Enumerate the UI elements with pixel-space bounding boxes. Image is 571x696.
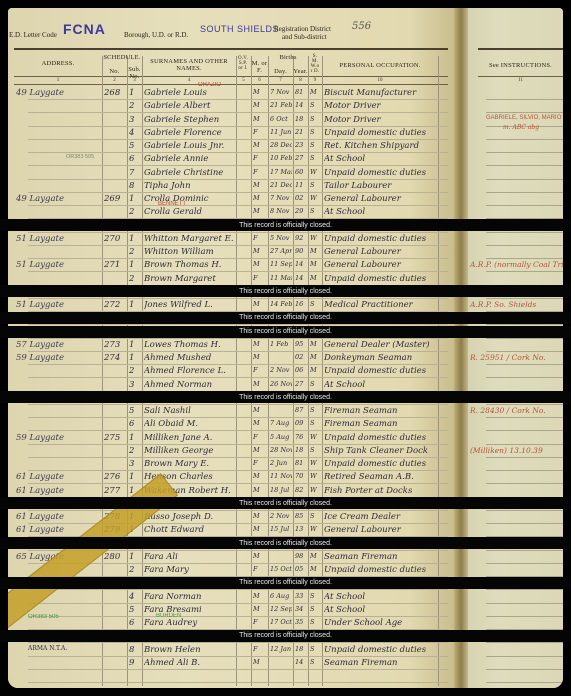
- entry-status: W: [310, 194, 321, 202]
- entry-schedule: 273: [104, 340, 126, 350]
- row-rule: [28, 377, 448, 378]
- gabriele-closed-note: GABRIELE, SILVIO, MARIO: [486, 115, 561, 121]
- entry-sex: F: [253, 366, 267, 374]
- entry-sex: M: [253, 194, 267, 202]
- entry-day: 11 Mar: [270, 274, 292, 282]
- entry-name: Milliken Jane A.: [144, 433, 235, 443]
- row-rule: [28, 589, 448, 590]
- entry-day: 15 Jul: [270, 525, 292, 533]
- entry-status: S: [310, 128, 321, 136]
- entry-occupation: General Dealer (Master): [324, 340, 437, 350]
- borough-label: Borough, U.D. or R.D.: [124, 31, 188, 39]
- row-rule: [486, 589, 563, 590]
- row-rule: [486, 483, 563, 484]
- row-rule: [28, 245, 448, 246]
- entry-name: Russo Joseph D.: [144, 512, 235, 522]
- row-rule: [28, 258, 448, 259]
- entry-status: S: [310, 446, 321, 454]
- entry-day: 2 Nov: [270, 512, 292, 520]
- row-rule: [28, 417, 448, 418]
- row-rule: [28, 444, 448, 445]
- entry-day: 11 Jun: [270, 128, 292, 136]
- entry-year: 70: [295, 472, 307, 480]
- entry-name: Whitton Margaret E.: [144, 234, 235, 244]
- entry-name: Brown Mary E.: [144, 459, 235, 469]
- column-number: 7: [268, 78, 293, 83]
- orazio-annotation: ORAZIO: [198, 82, 221, 88]
- entry-name: Gabriele Stephen: [144, 115, 235, 125]
- entry-day: 14 Feb: [270, 300, 292, 308]
- entry-occupation: General Labourer: [324, 247, 437, 257]
- entry-year: 23: [295, 141, 307, 149]
- entry-sub: 1: [129, 194, 141, 204]
- entry-status: S: [310, 512, 321, 520]
- record-closed-banner: This record is officially closed.: [0, 537, 571, 549]
- row-rule: [28, 457, 448, 458]
- column-number: 9: [308, 78, 322, 83]
- entry-schedule: 274: [104, 353, 126, 363]
- entry-name: Gabriele Louis Jnr.: [144, 141, 235, 151]
- registration-label: Registration District: [274, 25, 331, 33]
- bottom-reference-code: ARMA N.T.A.: [28, 645, 67, 652]
- column-divider: [308, 56, 309, 686]
- row-rule: [486, 682, 563, 683]
- entry-occupation: Fish Porter at Docks: [324, 486, 437, 496]
- entry-sub: 1: [129, 353, 141, 363]
- row-rule: [486, 616, 563, 617]
- entry-name: Fara Mary: [144, 565, 235, 575]
- entry-occupation: Unpaid domestic duties: [324, 168, 437, 178]
- entry-year: 09: [295, 419, 307, 427]
- row-rule: [486, 669, 563, 670]
- entry-sub: 2: [129, 247, 141, 257]
- entry-sex: M: [253, 605, 267, 613]
- schedule-group-header: SCHEDULE.: [102, 54, 142, 61]
- row-rule: [28, 656, 448, 657]
- entry-year: 35: [295, 618, 307, 626]
- entry-name: Crolla Gerald: [144, 207, 235, 217]
- entry-occupation: Fireman Seaman: [324, 406, 437, 416]
- entry-day: 18 Jul: [270, 486, 292, 494]
- row-rule: [486, 298, 563, 299]
- entry-status: M: [310, 366, 321, 374]
- row-rule: [28, 603, 448, 604]
- column-number: 2: [102, 78, 127, 83]
- entry-occupation: Tailor Labourer: [324, 181, 437, 191]
- colhead-rule: [14, 76, 448, 77]
- entry-year: 06: [295, 366, 307, 374]
- entry-status: S: [310, 645, 321, 653]
- entry-status: S: [310, 207, 321, 215]
- entry-status: W: [310, 525, 321, 533]
- entry-occupation: Under School Age: [324, 618, 437, 628]
- entry-sub: 1: [129, 300, 141, 310]
- green-reference-code: OR383 505: [28, 614, 59, 620]
- entry-year: 90: [295, 247, 307, 255]
- entry-sex: F: [253, 168, 267, 176]
- column-header: See INSTRUCTIONS.: [478, 62, 563, 69]
- entry-day: 5 Nov: [270, 234, 292, 242]
- gabriele-note-sub: m. ABC abg: [503, 124, 539, 131]
- row-rule: [486, 258, 563, 259]
- row-rule: [486, 351, 563, 352]
- entry-sub: 6: [129, 618, 141, 628]
- row-rule: [486, 112, 563, 113]
- entry-sub: 1: [129, 472, 141, 482]
- entry-day: 12 Sep: [270, 605, 292, 613]
- column-header: PERSONAL OCCUPATION.: [322, 62, 438, 69]
- row-rule: [28, 112, 448, 113]
- entry-day: 1 Feb: [270, 340, 292, 348]
- record-closed-banner: This record is officially closed.: [0, 219, 571, 231]
- entry-day: 15 Oct: [270, 565, 292, 573]
- row-rule: [28, 165, 448, 166]
- row-rule: [28, 271, 448, 272]
- entry-status: M: [310, 340, 321, 348]
- entry-name: Fara Ali: [144, 552, 235, 562]
- entry-sub: 6: [129, 154, 141, 164]
- column-header: S.M.W.or D.: [310, 54, 320, 74]
- row-rule: [28, 523, 448, 524]
- entry-sex: M: [253, 260, 267, 268]
- entry-sub: 3: [129, 115, 141, 125]
- entry-status: S: [310, 141, 321, 149]
- column-divider: [251, 56, 252, 686]
- entry-sub: 3: [129, 380, 141, 390]
- entry-year: 98: [295, 552, 307, 560]
- entry-sex: M: [253, 446, 267, 454]
- entry-occupation: At School: [324, 207, 437, 217]
- entry-sub: 9: [129, 658, 141, 668]
- entry-year: 81: [295, 88, 307, 96]
- entry-sex: M: [253, 353, 267, 361]
- column-divider: [142, 56, 143, 686]
- entry-occupation: Unpaid domestic duties: [324, 565, 437, 575]
- entry-sex: F: [253, 618, 267, 626]
- entry-name: Gabriele Albert: [144, 101, 235, 111]
- column-number: 3: [127, 78, 142, 83]
- row-rule: [28, 616, 448, 617]
- entry-name: Brown Helen: [144, 645, 235, 655]
- entry-year: 34: [295, 605, 307, 613]
- entry-status: S: [310, 300, 321, 308]
- entry-status: W: [310, 433, 321, 441]
- entry-address: 59 Laygate: [16, 353, 101, 363]
- entry-schedule: 269: [104, 194, 126, 204]
- entry-sub: 6: [129, 419, 141, 429]
- entry-sex: F: [253, 433, 267, 441]
- entry-sub: 1: [129, 260, 141, 270]
- entry-occupation: General Labourer: [324, 194, 437, 204]
- entry-status: M: [310, 552, 321, 560]
- entry-day: 21 Feb: [270, 101, 292, 109]
- entry-sex: M: [253, 115, 267, 123]
- row-rule: [486, 179, 563, 180]
- row-rule: [486, 404, 563, 405]
- row-rule: [486, 152, 563, 153]
- entry-address: 61 Laygate: [16, 486, 101, 496]
- row-rule: [486, 523, 563, 524]
- row-rule: [28, 430, 448, 431]
- entry-status: S: [310, 380, 321, 388]
- entry-day: 7 Nov: [270, 194, 292, 202]
- burden-annotation: BURDEN: [156, 613, 181, 619]
- entry-sub: 1: [129, 433, 141, 443]
- milliken-date-note: (Milliken) 13.10.39: [470, 446, 543, 455]
- row-rule: [28, 364, 448, 365]
- entry-day: 21 Dec: [270, 181, 292, 189]
- column-divider: [268, 56, 269, 686]
- entry-status: S: [310, 618, 321, 626]
- row-rule: [28, 404, 448, 405]
- row-rule: [486, 563, 563, 564]
- entry-year: 16: [295, 300, 307, 308]
- births-group-header: Births: [268, 54, 308, 61]
- entry-status: S: [310, 605, 321, 613]
- column-divider: [102, 56, 103, 686]
- entry-sex: F: [253, 234, 267, 242]
- entry-year: 81: [295, 459, 307, 467]
- column-header: Day.: [268, 68, 293, 75]
- scan-border: [0, 0, 571, 8]
- entry-name: Chott Edward: [144, 525, 235, 535]
- entry-sex: M: [253, 340, 267, 348]
- entry-status: S: [310, 592, 321, 600]
- entry-sex: F: [253, 154, 267, 162]
- row-rule: [28, 470, 448, 471]
- entry-address: 59 Laygate: [16, 433, 101, 443]
- column-number: 5: [236, 78, 251, 83]
- entry-year: 14: [295, 274, 307, 282]
- row-rule: [28, 669, 448, 670]
- entry-sub: 2: [129, 101, 141, 111]
- entry-occupation: General Labourer: [324, 525, 437, 535]
- crolla-annotation: BENNETT: [158, 201, 186, 207]
- row-rule: [486, 603, 563, 604]
- entry-sub: 7: [129, 168, 141, 178]
- entry-sex: M: [253, 300, 267, 308]
- row-rule: [486, 510, 563, 511]
- entry-name: Milliken George: [144, 446, 235, 456]
- entry-occupation: Seaman Fireman: [324, 658, 437, 668]
- entry-occupation: At School: [324, 380, 437, 390]
- column-number: 11: [478, 78, 563, 83]
- entry-sex: M: [253, 406, 267, 414]
- entry-sub: 5: [129, 406, 141, 416]
- entry-sub: 5: [129, 141, 141, 151]
- entry-year: 18: [295, 115, 307, 123]
- row-rule: [28, 205, 448, 206]
- entry-occupation: Biscuit Manufacturer: [324, 88, 437, 98]
- row-rule: [486, 205, 563, 206]
- entry-status: S: [310, 154, 321, 162]
- row-rule: [28, 298, 448, 299]
- entry-address: 57 Laygate: [16, 340, 101, 350]
- column-number: 6: [251, 78, 268, 83]
- entry-schedule: 276: [104, 472, 126, 482]
- entry-occupation: Ship Tank Cleaner Dock: [324, 446, 437, 456]
- entry-year: 85: [295, 512, 307, 520]
- entry-day: 28 Dec: [270, 141, 292, 149]
- entry-status: S: [310, 115, 321, 123]
- entry-sex: M: [253, 658, 267, 666]
- entry-status: S: [310, 101, 321, 109]
- registration-value: 556: [352, 21, 371, 32]
- row-rule: [486, 271, 563, 272]
- entry-year: 29: [295, 207, 307, 215]
- row-rule: [486, 192, 563, 193]
- entry-status: W: [310, 168, 321, 176]
- entry-sex: M: [253, 380, 267, 388]
- row-rule: [486, 245, 563, 246]
- entry-name: Fara Norman: [144, 592, 235, 602]
- entry-address: 51 Laygate: [16, 300, 101, 310]
- entry-year: 21: [295, 128, 307, 136]
- entry-day: 6 Oct: [270, 115, 292, 123]
- entry-occupation: Ret. Kitchen Shipyard: [324, 141, 437, 151]
- entry-schedule: 275: [104, 433, 126, 443]
- entry-name: Ali Obaid M.: [144, 419, 235, 429]
- entry-year: 82: [295, 486, 307, 494]
- row-rule: [486, 165, 563, 166]
- entry-day: 12 Jan: [270, 645, 292, 653]
- entry-occupation: Unpaid domestic duties: [324, 128, 437, 138]
- column-divider: [127, 56, 128, 686]
- entry-sex: M: [253, 472, 267, 480]
- entry-schedule: 272: [104, 300, 126, 310]
- entry-occupation: Unpaid domestic duties: [324, 459, 437, 469]
- entry-name: Gabriele Florence: [144, 128, 235, 138]
- entry-name: Gabriele Christine: [144, 168, 235, 178]
- row-rule: [28, 351, 448, 352]
- entry-day: 17 Mar: [270, 168, 292, 176]
- row-rule: [486, 377, 563, 378]
- column-header: No.: [102, 68, 127, 75]
- entry-sex: M: [253, 88, 267, 96]
- entry-year: 14: [295, 101, 307, 109]
- entry-sub: 1: [129, 234, 141, 244]
- entry-sub: 2: [129, 565, 141, 575]
- entry-status: W: [310, 472, 321, 480]
- column-divider: [322, 56, 323, 686]
- entry-occupation: At School: [324, 605, 437, 615]
- entry-day: 10 Feb: [270, 154, 292, 162]
- entry-sub: 1: [129, 340, 141, 350]
- entry-name: Sali Nashil: [144, 406, 235, 416]
- entry-occupation: Medical Practitioner: [324, 300, 437, 310]
- registration-sub-label: and Sub-district: [282, 33, 327, 41]
- entry-day: 17 Oct: [270, 618, 292, 626]
- column-number: 1: [14, 78, 102, 83]
- entry-sex: M: [253, 419, 267, 427]
- entry-name: Ahmed Ali B.: [144, 658, 235, 668]
- entry-status: W: [310, 234, 321, 242]
- row-rule: [486, 99, 563, 100]
- entry-schedule: 271: [104, 260, 126, 270]
- entry-sub: 5: [129, 605, 141, 615]
- row-rule: [28, 99, 448, 100]
- entry-sex: M: [253, 592, 267, 600]
- column-header: M. or F.: [251, 60, 268, 74]
- entry-day: 11 Nov: [270, 472, 292, 480]
- ed-letter-code-label: E.D. Letter Code: [9, 31, 57, 39]
- entry-sex: M: [253, 512, 267, 520]
- entry-name: Ahmed Mushed: [144, 353, 235, 363]
- entry-occupation: At School: [324, 592, 437, 602]
- entry-address: 49 Laygate: [16, 194, 101, 204]
- row-rule: [486, 550, 563, 551]
- row-rule: [486, 642, 563, 643]
- entry-status: S: [310, 406, 321, 414]
- row-rule: [28, 126, 448, 127]
- entry-occupation: Motor Driver: [324, 115, 437, 125]
- entry-sub: 2: [129, 366, 141, 376]
- row-rule: [28, 139, 448, 140]
- entry-name: Jones Wilfred L.: [144, 300, 235, 310]
- entry-occupation: Motor Driver: [324, 101, 437, 111]
- entry-occupation: Unpaid domestic duties: [324, 645, 437, 655]
- entry-name: Brown Margaret: [144, 274, 235, 284]
- row-rule: [486, 364, 563, 365]
- entry-sub: 2: [129, 274, 141, 284]
- column-divider: [293, 56, 294, 686]
- row-rule: [486, 457, 563, 458]
- entry-sex: M: [253, 486, 267, 494]
- entry-sex: M: [253, 207, 267, 215]
- entry-year: 05: [295, 565, 307, 573]
- entry-name: Ahmed Florence L.: [144, 366, 235, 376]
- entry-year: 14: [295, 658, 307, 666]
- record-closed-banner: This record is officially closed.: [0, 312, 571, 324]
- row-rule: [486, 430, 563, 431]
- row-rule: [28, 510, 448, 511]
- row-rule: [486, 417, 563, 418]
- row-rule: [28, 642, 448, 643]
- entry-sex: F: [253, 128, 267, 136]
- entry-status: M: [310, 260, 321, 268]
- entry-address: 51 Laygate: [16, 260, 101, 270]
- entry-occupation: Donkeyman Seaman: [324, 353, 437, 363]
- column-header: ADDRESS.: [14, 60, 102, 67]
- entry-address: 49 Laygate: [16, 88, 101, 98]
- entry-status: M: [310, 88, 321, 96]
- column-number: 8: [293, 78, 308, 83]
- entry-sub: 1: [129, 88, 141, 98]
- entry-schedule: 280: [104, 552, 126, 562]
- column-divider: [236, 56, 237, 686]
- ahmed-registry-note: R. 25951 / Cork No.: [470, 353, 546, 362]
- ed-letter-code: FCNA: [63, 21, 106, 37]
- column-number: 10: [322, 78, 438, 83]
- entry-year: 92: [295, 234, 307, 242]
- row-rule: [28, 179, 448, 180]
- entry-year: 18: [295, 446, 307, 454]
- entry-sub: 4: [129, 128, 141, 138]
- entry-sex: M: [253, 181, 267, 189]
- entry-status: S: [310, 181, 321, 189]
- entry-year: 33: [295, 592, 307, 600]
- arp-note: A.R.P. (normally Coal Trimmer): [470, 260, 563, 269]
- entry-status: M: [310, 274, 321, 282]
- entry-sex: F: [253, 459, 267, 467]
- entry-year: 14: [295, 260, 307, 268]
- entry-sub: 8: [129, 645, 141, 655]
- entry-day: 27 Apr: [270, 247, 292, 255]
- column-header: O.V.S.P.or I.: [238, 56, 248, 71]
- entry-sub: 8: [129, 181, 141, 191]
- entry-name: Brown Thomas H.: [144, 260, 235, 270]
- entry-name: Tipha John: [144, 181, 235, 191]
